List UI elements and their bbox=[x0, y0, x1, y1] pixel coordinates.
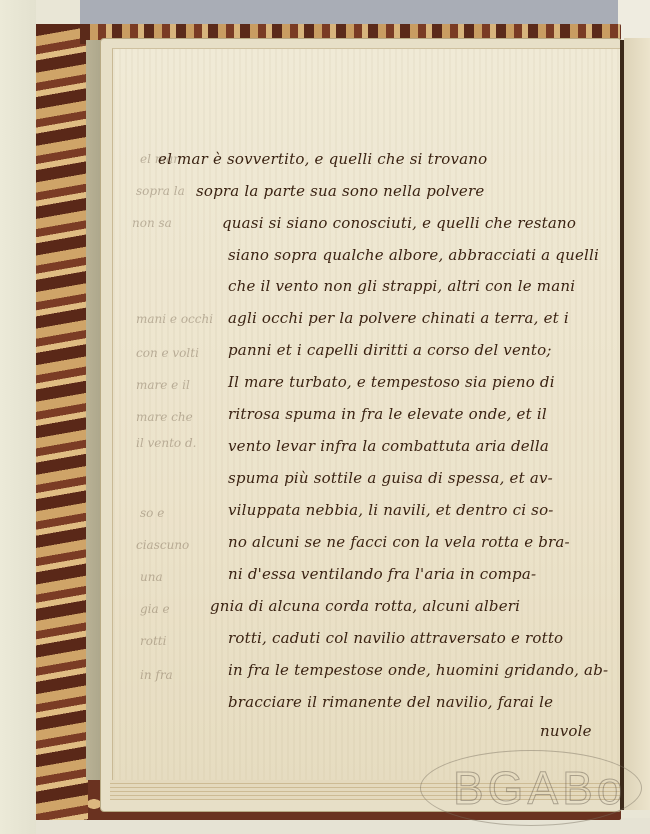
manuscript-line: panni et i capelli diritti a corso del v… bbox=[228, 341, 552, 359]
manuscript-line: ni d'essa ventilando fra l'aria in compa… bbox=[228, 565, 536, 583]
ghost-note: so e bbox=[140, 506, 164, 520]
background-surface-left bbox=[0, 0, 36, 834]
ghost-note: sopra la bbox=[136, 184, 185, 198]
manuscript-line: nuvole bbox=[540, 722, 592, 740]
manuscript-line: quasi si siano conosciuti, e quelli che … bbox=[222, 214, 576, 232]
manuscript-line: gnia di alcuna corda rotta, alcuni alber… bbox=[210, 597, 520, 615]
marbled-cover-spine-strip bbox=[36, 24, 88, 820]
ghost-note: gia e bbox=[140, 602, 170, 616]
facing-page-edge bbox=[624, 38, 650, 810]
manuscript-line: siano sopra qualche albore, abbracciati … bbox=[228, 246, 599, 264]
manuscript-line: in fra le tempestose onde, huomini grida… bbox=[228, 661, 608, 679]
manuscript-line: agli occhi per la polvere chinati a terr… bbox=[228, 309, 569, 327]
ghost-note: non sa bbox=[132, 216, 172, 230]
manuscript-line: sopra la parte sua sono nella polvere bbox=[196, 182, 484, 200]
watermark-text: BGABo bbox=[453, 761, 626, 815]
ghost-note: ciascuno bbox=[136, 538, 189, 552]
manuscript-line: rotti, caduti col navilio attraversato e… bbox=[228, 629, 563, 647]
ghost-note: mare che bbox=[136, 410, 193, 424]
manuscript-line: el mar è sovvertito, e quelli che si tro… bbox=[158, 150, 487, 168]
manuscript-line: no alcuni se ne facci con la vela rotta … bbox=[228, 533, 570, 551]
library-watermark: BGABo bbox=[420, 750, 642, 826]
manuscript-line: ritrosa spuma in fra le elevate onde, et… bbox=[228, 405, 547, 423]
ghost-note: in fra bbox=[140, 668, 173, 682]
ghost-note: il vento d. bbox=[136, 436, 196, 450]
ghost-note: mani e occhi bbox=[136, 312, 213, 326]
background-surface-top bbox=[80, 0, 620, 24]
ghost-note: con e volti bbox=[136, 346, 199, 360]
ghost-note: mare e il bbox=[136, 378, 190, 392]
ghost-note: una bbox=[140, 570, 163, 584]
manuscript-line: vento levar infra la combattuta aria del… bbox=[228, 437, 549, 455]
manuscript-line: Il mare turbato, e tempestoso sia pieno … bbox=[228, 373, 555, 391]
manuscript-line: che il vento non gli strappi, altri con … bbox=[228, 277, 575, 295]
manuscript-line: bracciare il rimanente del navilio, fara… bbox=[228, 693, 553, 711]
background-surface-top-right bbox=[618, 0, 650, 40]
manuscript-line: spuma più sottile a guisa di spessa, et … bbox=[228, 469, 553, 487]
manuscript-line: viluppata nebbia, li navili, et dentro c… bbox=[228, 501, 554, 519]
ghost-note: rotti bbox=[140, 634, 166, 648]
